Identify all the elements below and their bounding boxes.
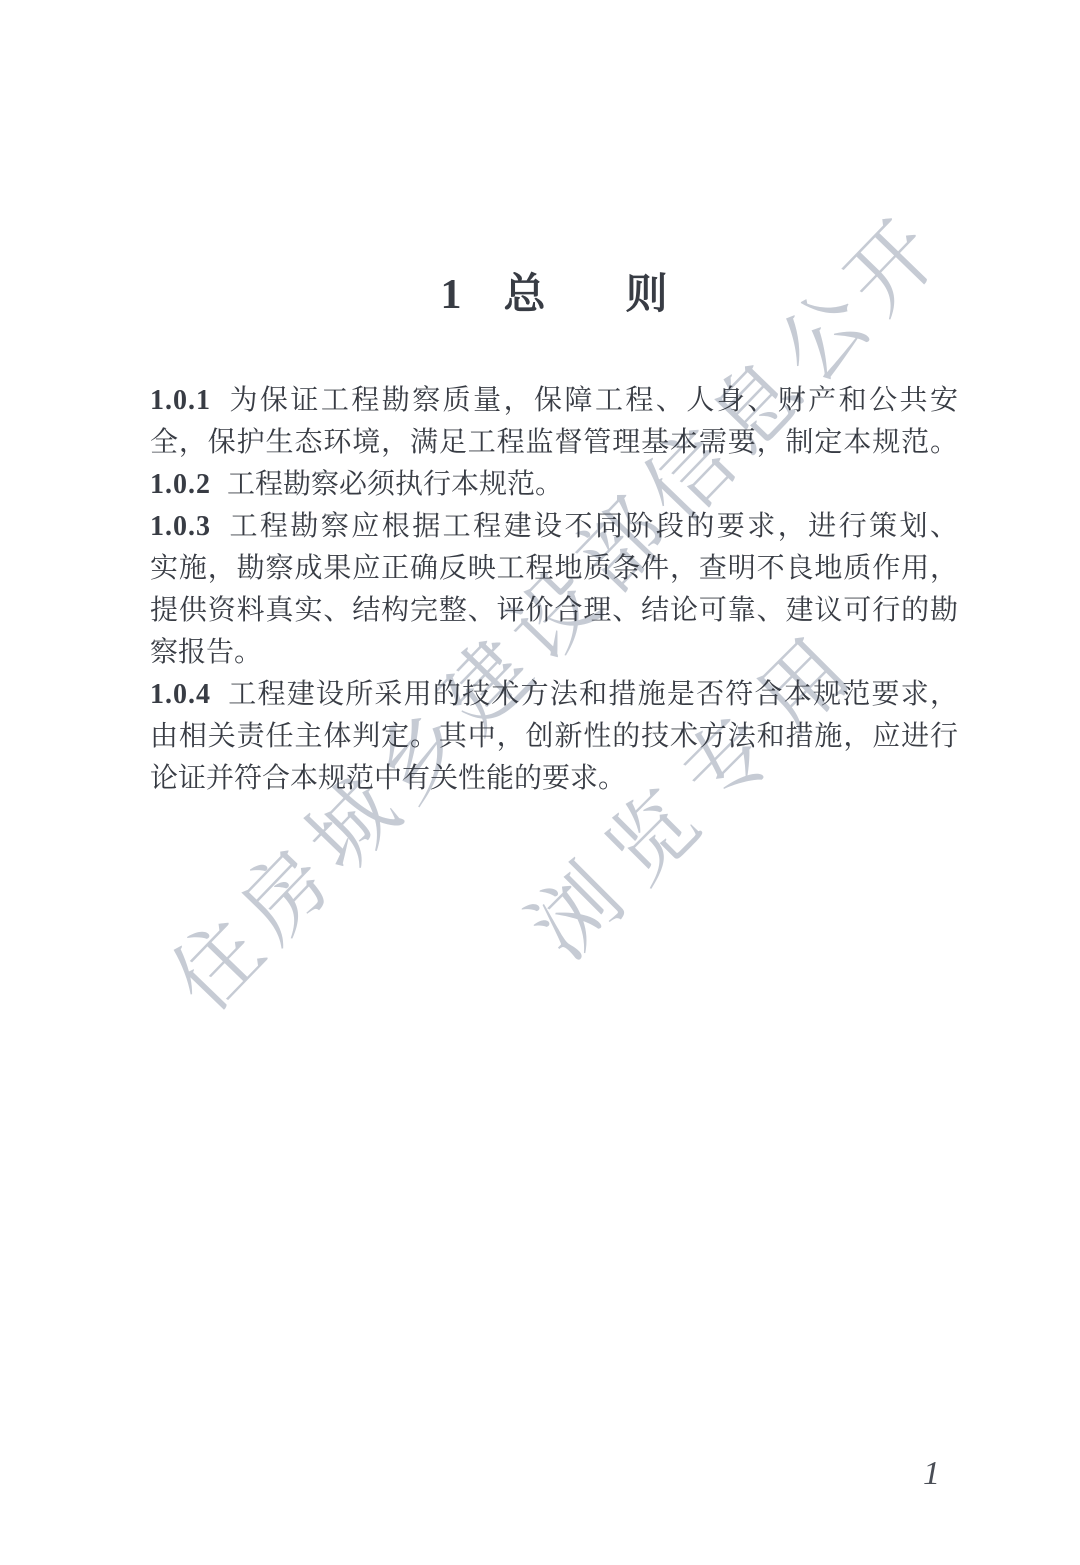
page-number: 1 <box>923 1455 940 1493</box>
clause-number: 1.0.2 <box>150 469 211 500</box>
clause-line: 察报告。 <box>150 632 958 674</box>
clause-1-0-1: 1.0.1为保证工程勘察质量，保障工程、人身、财产和公共安 全，保护生态环境，满… <box>150 380 958 464</box>
chapter-title: 1总则 <box>150 270 958 320</box>
clause-number: 1.0.3 <box>150 511 211 542</box>
chapter-title-char-2: 则 <box>626 272 668 318</box>
clause-number: 1.0.4 <box>150 679 211 710</box>
clause-text: 工程勘察应根据工程建设不同阶段的要求，进行策划、 <box>227 511 958 542</box>
clause-line: 全，保护生态环境，满足工程监督管理基本需要，制定本规范。 <box>150 422 958 464</box>
document-page: 住房城乡建设部信息公开 浏览专用 1总则 1.0.1为保证工程勘察质量，保障工程… <box>0 0 1080 1565</box>
clause-line: 由相关责任主体判定。其中，创新性的技术方法和措施，应进行 <box>150 716 958 758</box>
clause-line: 1.0.4工程建设所采用的技术方法和措施是否符合本规范要求， <box>150 674 958 716</box>
clause-text: 工程勘察必须执行本规范。 <box>227 469 563 500</box>
clause-line: 实施，勘察成果应正确反映工程地质条件，查明不良地质作用， <box>150 548 958 590</box>
clause-line: 提供资料真实、结构完整、评价合理、结论可靠、建议可行的勘 <box>150 590 958 632</box>
clause-line: 1.0.1为保证工程勘察质量，保障工程、人身、财产和公共安 <box>150 380 958 422</box>
clause-line: 1.0.3工程勘察应根据工程建设不同阶段的要求，进行策划、 <box>150 506 958 548</box>
clause-line: 论证并符合本规范中有关性能的要求。 <box>150 758 958 800</box>
chapter-title-char-1: 总 <box>503 272 545 318</box>
page-content: 1总则 1.0.1为保证工程勘察质量，保障工程、人身、财产和公共安 全，保护生态… <box>150 270 958 800</box>
clause-1-0-3: 1.0.3工程勘察应根据工程建设不同阶段的要求，进行策划、 实施，勘察成果应正确… <box>150 506 958 674</box>
clause-number: 1.0.1 <box>150 385 211 416</box>
clause-text: 为保证工程勘察质量，保障工程、人身、财产和公共安 <box>227 385 958 416</box>
clause-1-0-2: 1.0.2工程勘察必须执行本规范。 <box>150 464 958 506</box>
clause-text: 工程建设所采用的技术方法和措施是否符合本规范要求， <box>227 679 958 710</box>
clause-1-0-4: 1.0.4工程建设所采用的技术方法和措施是否符合本规范要求， 由相关责任主体判定… <box>150 674 958 800</box>
clause-list: 1.0.1为保证工程勘察质量，保障工程、人身、财产和公共安 全，保护生态环境，满… <box>150 380 958 800</box>
chapter-number: 1 <box>440 272 461 318</box>
clause-line: 1.0.2工程勘察必须执行本规范。 <box>150 464 958 506</box>
